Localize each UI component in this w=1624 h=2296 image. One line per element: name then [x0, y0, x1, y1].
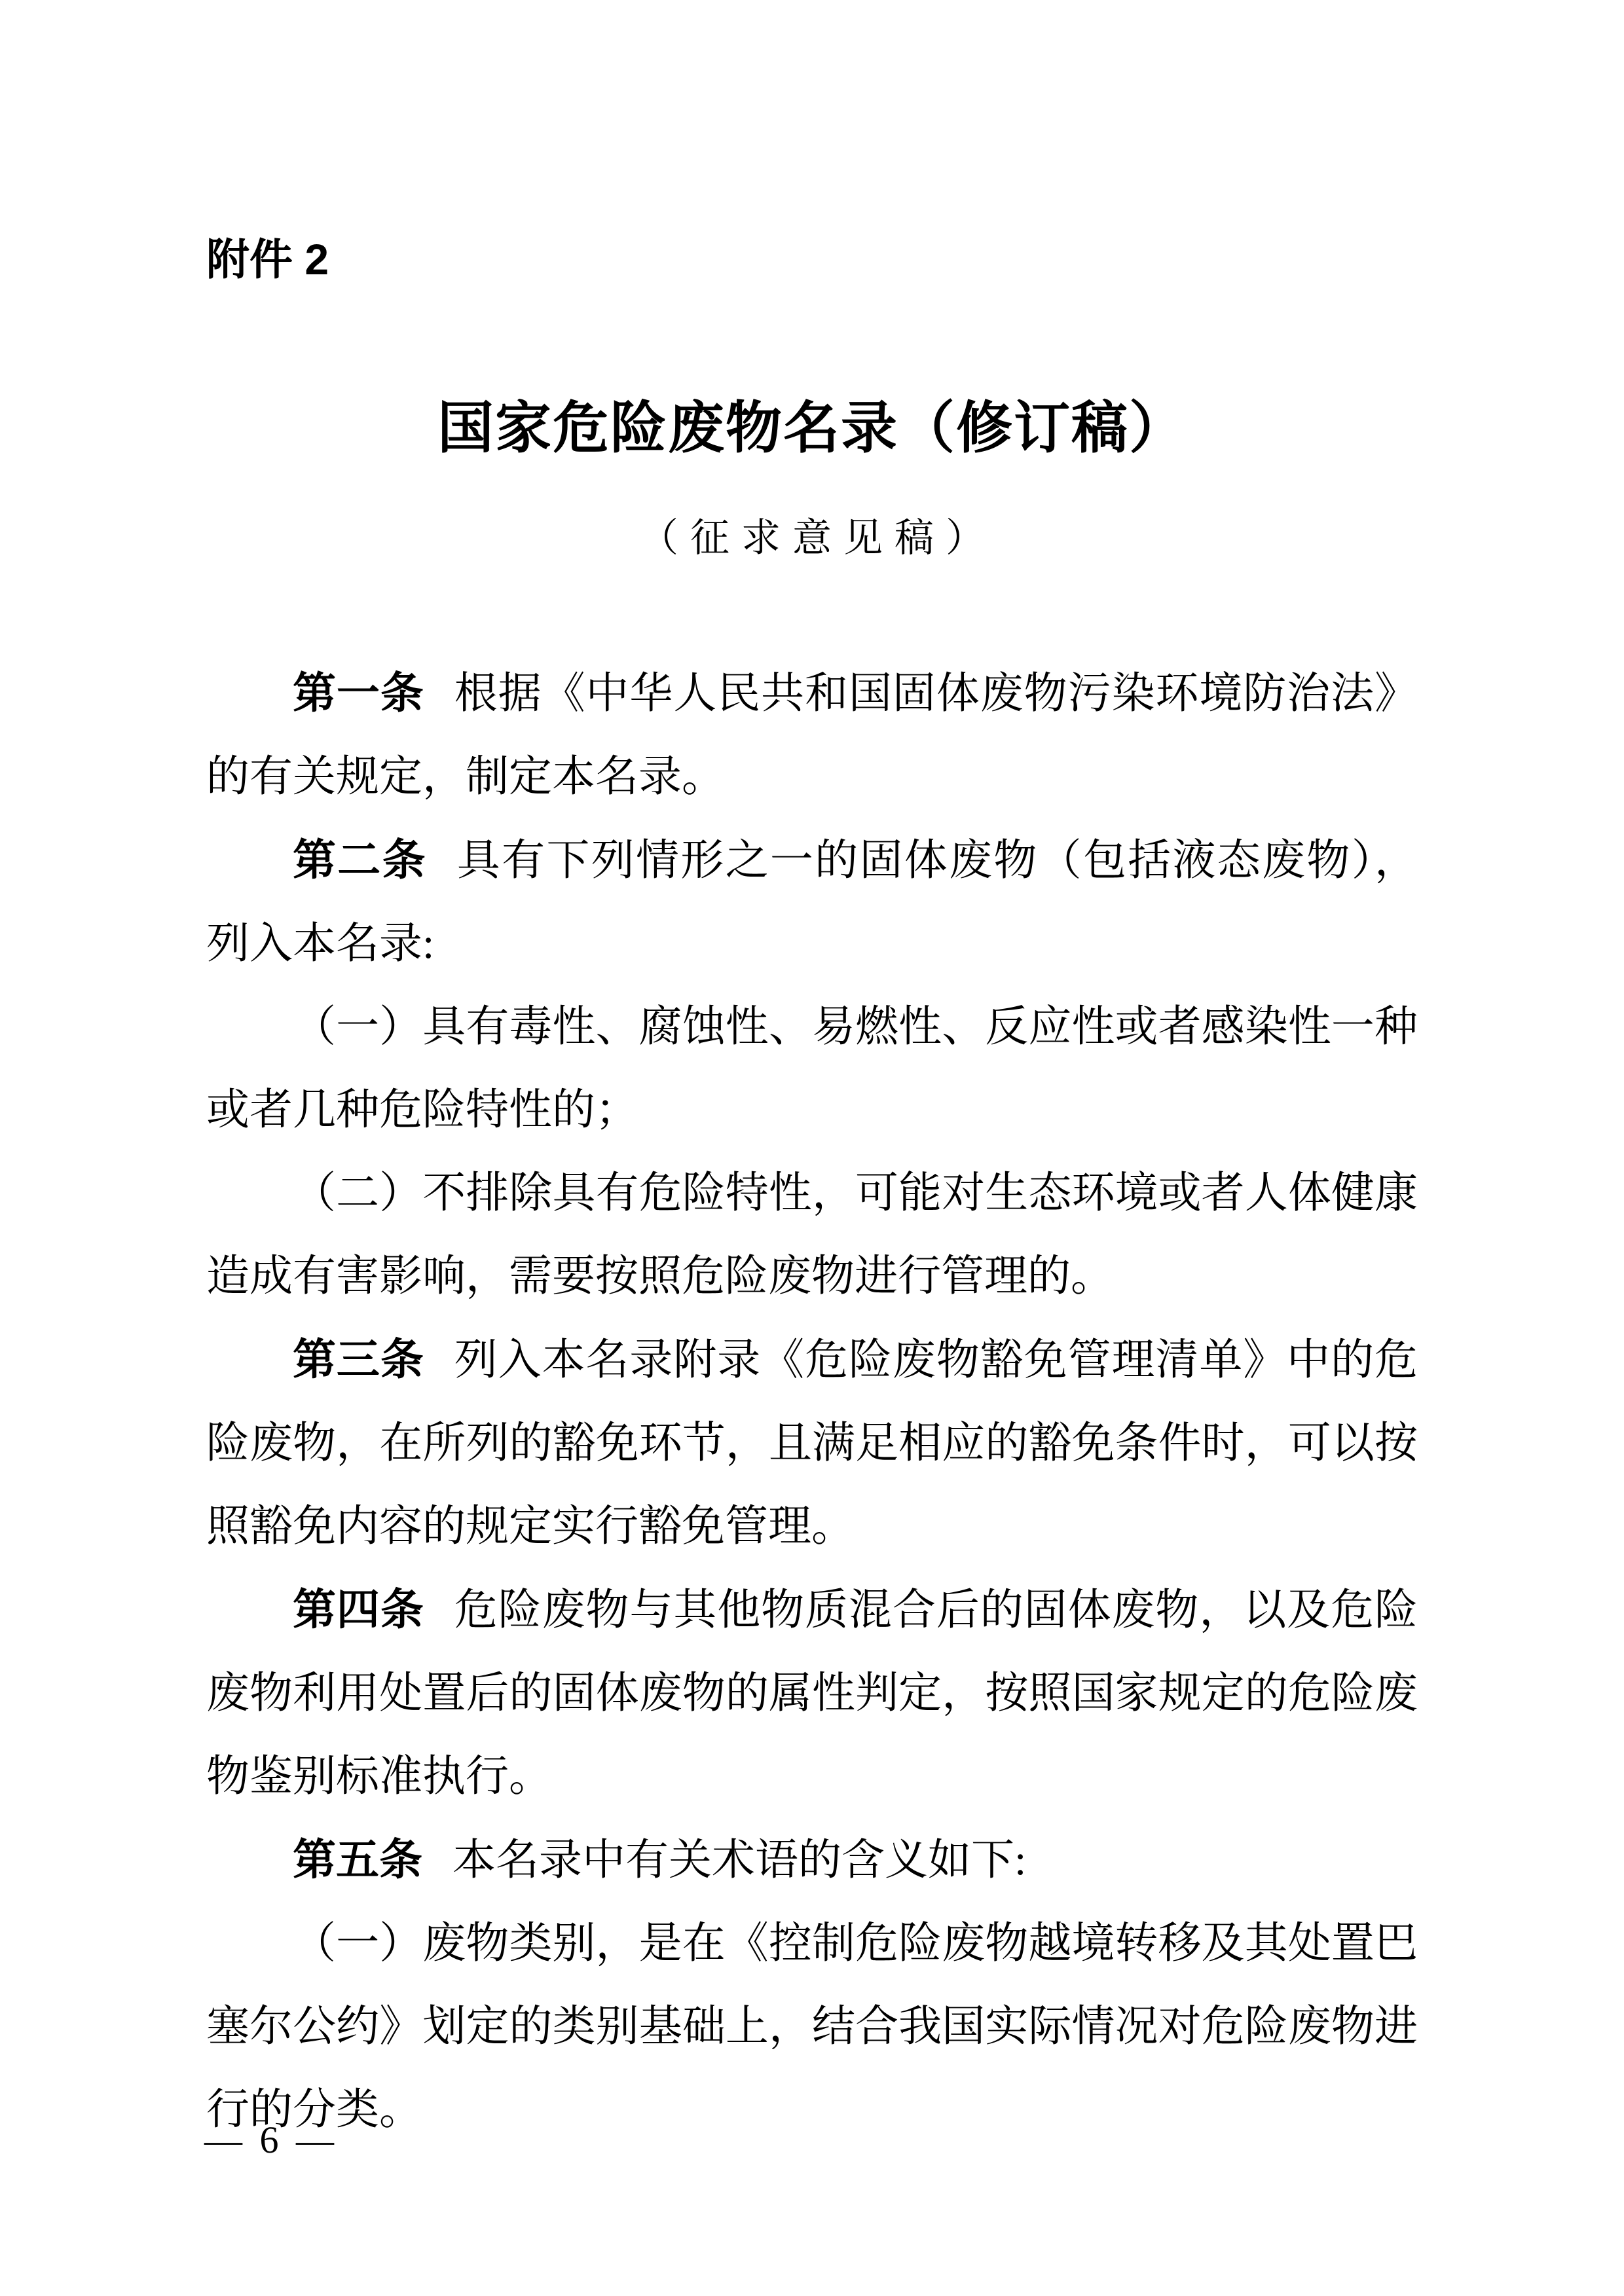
paragraph-item-2: （二）不排除具有危险特性，可能对生态环境或者人体健康造成有害影响，需要按照危险废… [206, 1152, 1418, 1318]
document-page: 附件 2 国家危险废物名录（修订稿） （征求意见稿） 第一条根据《中华人民共和国… [0, 0, 1624, 2296]
item-2-text: （二）不排除具有危险特性，可能对生态环境或者人体健康造成有害影响，需要按照危险废… [206, 1169, 1418, 1300]
article-3-number: 第三条 [293, 1335, 424, 1383]
paragraph-item-1: （一）具有毒性、腐蚀性、易燃性、反应性或者感染性一种或者几种危险特性的； [206, 985, 1418, 1152]
document-body: 第一条根据《中华人民共和国固体废物污染环境防治法》的有关规定，制定本名录。 第二… [206, 651, 1418, 2151]
document-subtitle: （征求意见稿） [206, 514, 1418, 562]
paragraph-article-2: 第二条具有下列情形之一的固体废物（包括液态废物），列入本名录: [206, 818, 1418, 985]
article-5-text: 本名录中有关术语的含义如下: [452, 1836, 1026, 1884]
paragraph-article-1: 第一条根据《中华人民共和国固体废物污染环境防治法》的有关规定，制定本名录。 [206, 651, 1418, 818]
article-1-number: 第一条 [293, 668, 424, 717]
article-2-number: 第二条 [293, 835, 427, 884]
term-1-text: （一）废物类别，是在《控制危险废物越境转移及其处置巴塞尔公约》划定的类别基础上，… [206, 1920, 1418, 2134]
paragraph-article-5: 第五条本名录中有关术语的含义如下: [206, 1818, 1418, 1902]
attachment-label: 附件 2 [206, 234, 1418, 285]
document-title: 国家危险废物名录（修订稿） [206, 395, 1418, 462]
page-number: — 6 — [204, 2120, 338, 2160]
article-5-number: 第五条 [293, 1835, 422, 1884]
paragraph-article-4: 第四条危险废物与其他物质混合后的固体废物，以及危险废物利用处置后的固体废物的属性… [206, 1568, 1418, 1818]
paragraph-article-3: 第三条列入本名录附录《危险废物豁免管理清单》中的危险废物，在所列的豁免环节，且满… [206, 1318, 1418, 1568]
item-1-text: （一）具有毒性、腐蚀性、易燃性、反应性或者感染性一种或者几种危险特性的； [206, 1003, 1418, 1134]
article-4-number: 第四条 [293, 1585, 424, 1633]
paragraph-term-1: （一）废物类别，是在《控制危险废物越境转移及其处置巴塞尔公约》划定的类别基础上，… [206, 1902, 1418, 2151]
